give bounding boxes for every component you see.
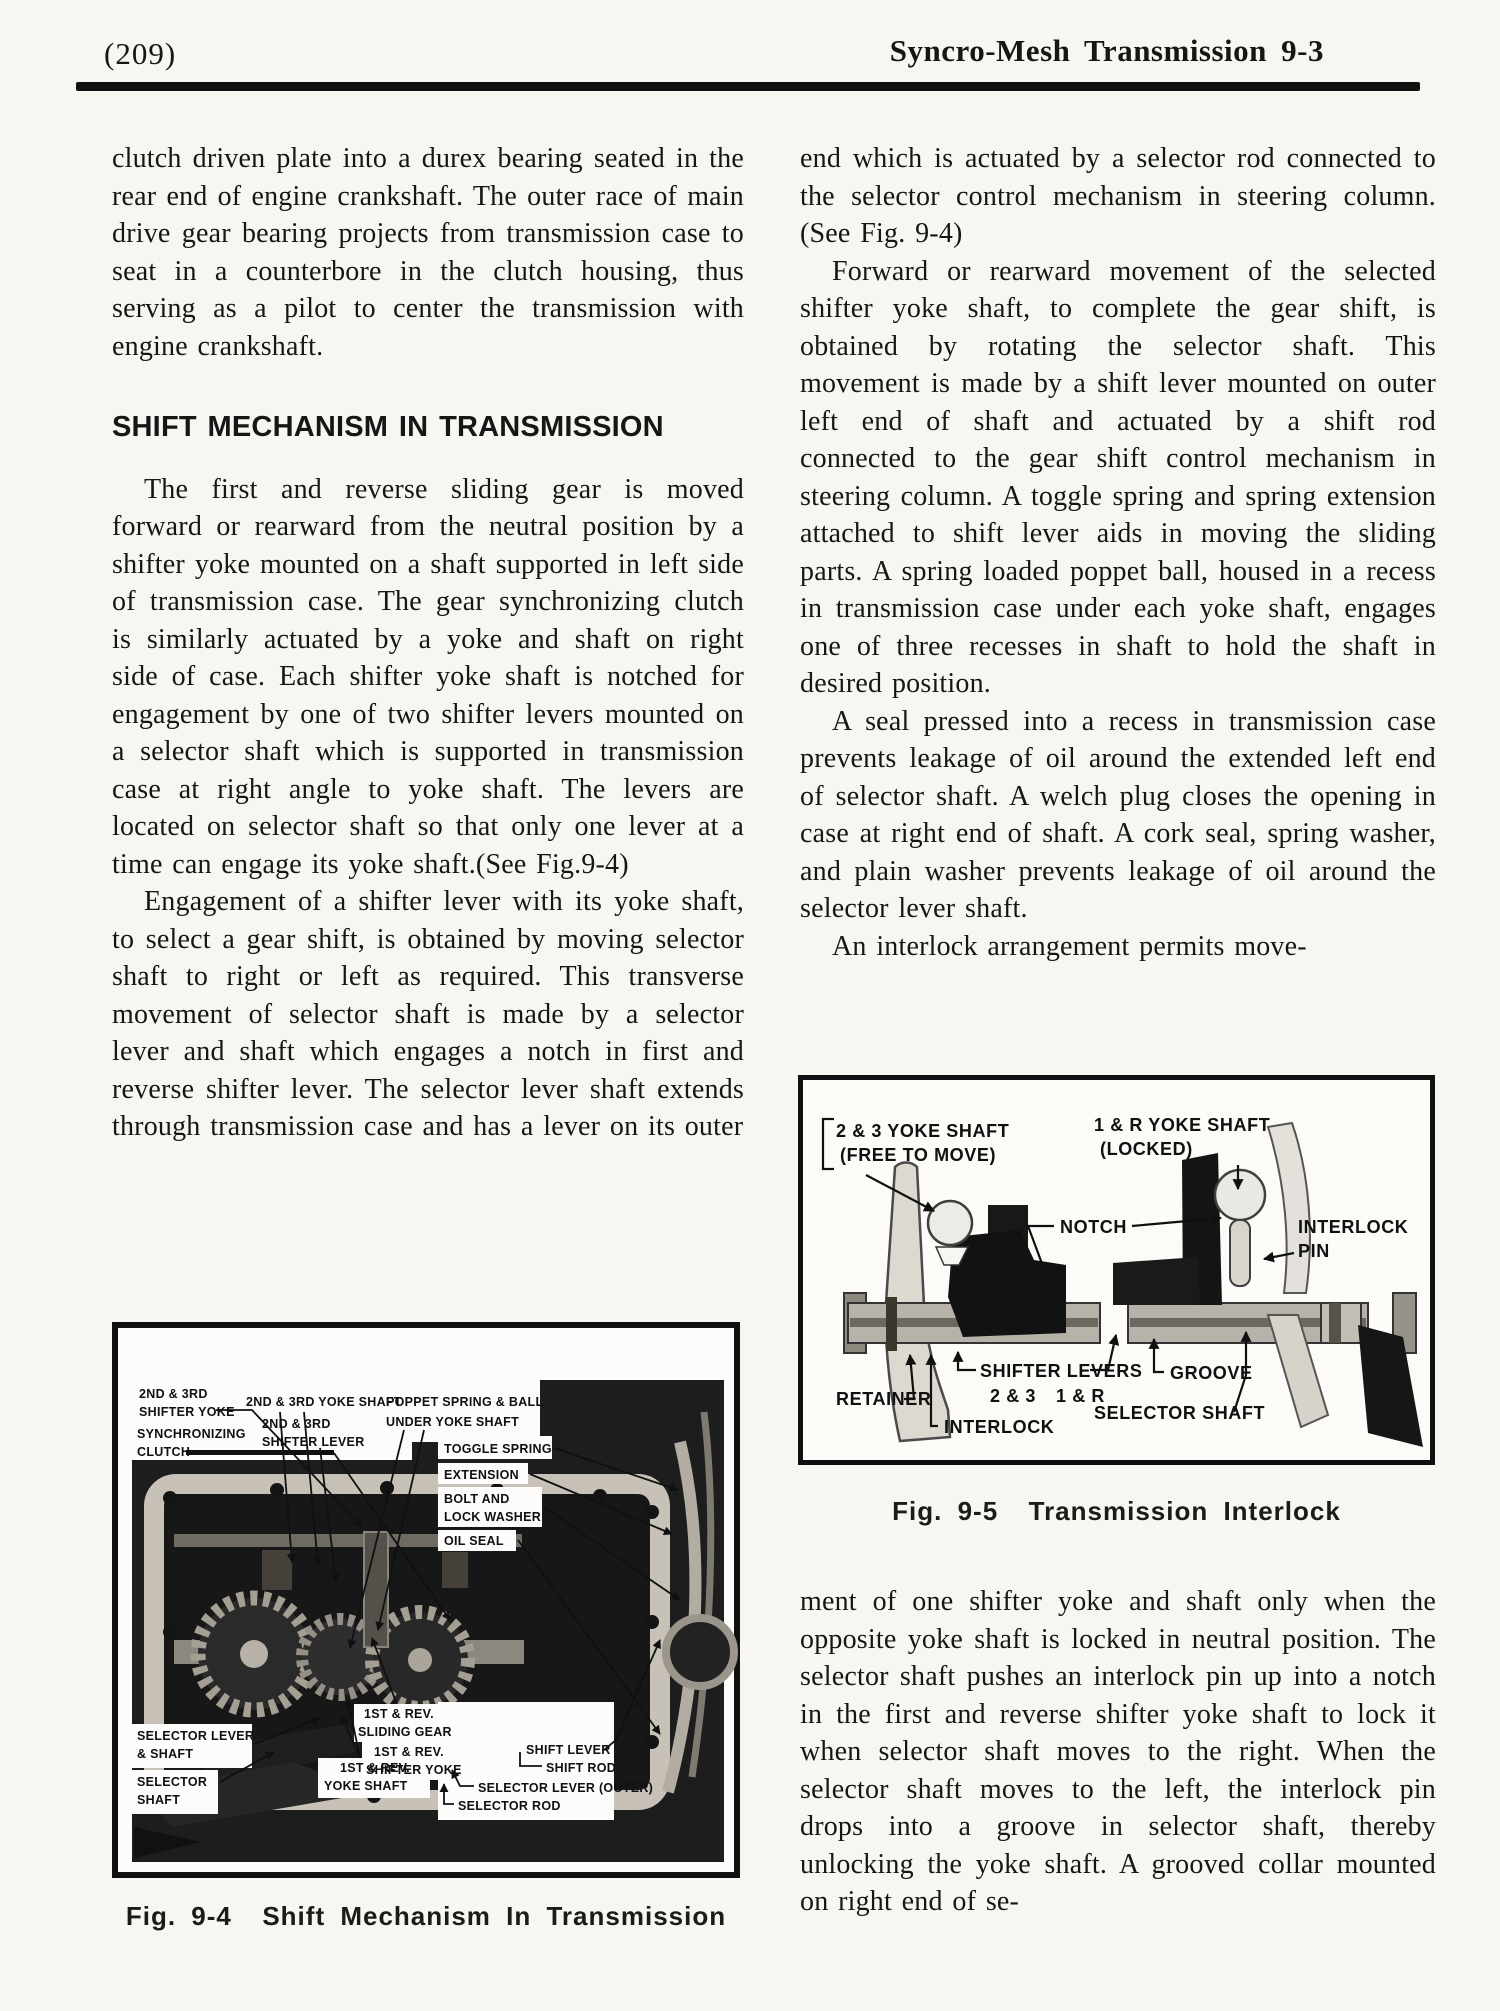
body-paragraph: Forward or rearward movement of the sele… bbox=[800, 253, 1436, 703]
label-interlock-pin: PIN bbox=[1298, 1241, 1330, 1261]
label-retainer: RETAINER bbox=[836, 1389, 931, 1409]
label-shifter-levers-2-3: 2 & 3 bbox=[990, 1386, 1036, 1406]
figure-9-4-photo: 2ND & 3RD SHIFTER YOKE SYNCHRONIZING CLU… bbox=[112, 1322, 740, 1878]
label-extension: EXTENSION bbox=[444, 1468, 519, 1482]
section-heading: SHIFT MECHANISM IN TRANSMISSION bbox=[112, 409, 744, 447]
label-selector-lever-shaft: SELECTOR LEVER bbox=[137, 1729, 254, 1743]
body-paragraph: The first and reverse sliding gear is mo… bbox=[112, 471, 744, 884]
body-paragraph: ment of one shifter yoke and shaft only … bbox=[800, 1583, 1436, 1921]
label-selector-lever-outer: SELECTOR LEVER (OUTER) bbox=[478, 1781, 653, 1795]
label-poppet-spring-ball: POPPET SPRING & BALL bbox=[386, 1395, 543, 1409]
label-bolt-and-lock-washer: LOCK WASHER bbox=[444, 1510, 541, 1524]
label-1st-rev-shifter-yoke: 1ST & REV. bbox=[374, 1745, 444, 1759]
label-selector-shaft: SELECTOR bbox=[137, 1775, 207, 1789]
label-notch: NOTCH bbox=[1060, 1217, 1127, 1237]
label-2nd-3rd-shifter-lever: 2ND & 3RD bbox=[262, 1417, 331, 1431]
label-1st-rev-sliding-gear: 1ST & REV. bbox=[364, 1707, 434, 1721]
label-toggle-spring: TOGGLE SPRING bbox=[444, 1442, 552, 1456]
header-rule bbox=[76, 82, 1420, 91]
figure-9-4-caption: Fig. 9-4 Shift Mechanism In Transmission bbox=[112, 1901, 740, 1932]
page-title: Syncro-Mesh Transmission 9-3 bbox=[890, 33, 1324, 69]
label-oil-seal: OIL SEAL bbox=[444, 1534, 504, 1548]
label-synchronizing-clutch: SYNCHRONIZING bbox=[137, 1427, 246, 1441]
label-selector-rod: SELECTOR ROD bbox=[458, 1799, 561, 1813]
label-1st-rev-yoke-shaft: YOKE SHAFT bbox=[324, 1779, 408, 1793]
label-bolt-and-lock-washer: BOLT AND bbox=[444, 1492, 510, 1506]
label-1st-rev-yoke-shaft: 1ST & REV. bbox=[340, 1761, 410, 1775]
page-number: (209) bbox=[104, 36, 176, 72]
label-locked: (LOCKED) bbox=[1100, 1139, 1193, 1159]
body-paragraph: clutch driven plate into a durex bearing… bbox=[112, 140, 744, 365]
label-free-to-move: (FREE TO MOVE) bbox=[840, 1145, 996, 1165]
label-shift-lever: SHIFT LEVER bbox=[526, 1743, 611, 1757]
label-synchronizing-clutch: CLUTCH bbox=[137, 1445, 190, 1459]
figure-9-4: 2ND & 3RD SHIFTER YOKE SYNCHRONIZING CLU… bbox=[112, 1322, 740, 1932]
label-poppet-spring-ball: UNDER YOKE SHAFT bbox=[386, 1415, 519, 1429]
label-selector-shaft: SELECTOR SHAFT bbox=[1094, 1403, 1265, 1423]
label-interlock: INTERLOCK bbox=[944, 1417, 1054, 1437]
label-2nd-3rd-shifter-yoke: SHIFTER YOKE bbox=[139, 1405, 235, 1419]
body-paragraph: Engagement of a shifter lever with its y… bbox=[112, 883, 744, 1146]
right-column-lower: ment of one shifter yoke and shaft only … bbox=[800, 1583, 1436, 1921]
label-interlock-pin: INTERLOCK bbox=[1298, 1217, 1408, 1237]
label-2-3-yoke-shaft: 2 & 3 YOKE SHAFT bbox=[836, 1121, 1009, 1141]
figure-9-5-caption: Fig. 9-5 Transmission Interlock bbox=[798, 1496, 1435, 1527]
figure-9-5: 2 & 3 YOKE SHAFT (FREE TO MOVE) 1 & R YO… bbox=[798, 1075, 1435, 1527]
label-selector-lever-shaft: & SHAFT bbox=[137, 1747, 193, 1761]
label-groove: GROOVE bbox=[1170, 1363, 1253, 1383]
right-column-upper: end which is actuated by a selector rod … bbox=[800, 140, 1436, 965]
label-1st-rev-sliding-gear: SLIDING GEAR bbox=[358, 1725, 452, 1739]
label-selector-shaft: SHAFT bbox=[137, 1793, 180, 1807]
body-paragraph: end which is actuated by a selector rod … bbox=[800, 140, 1436, 253]
body-paragraph: An interlock arrangement permits move- bbox=[800, 928, 1436, 966]
left-column: clutch driven plate into a durex bearing… bbox=[112, 140, 744, 1146]
label-2nd-3rd-yoke-shaft: 2ND & 3RD YOKE SHAFT bbox=[246, 1395, 402, 1409]
figure-9-5-diagram: 2 & 3 YOKE SHAFT (FREE TO MOVE) 1 & R YO… bbox=[798, 1075, 1435, 1465]
label-shifter-levers: SHIFTER LEVERS bbox=[980, 1361, 1142, 1381]
label-shift-rod: SHIFT ROD bbox=[546, 1761, 616, 1775]
body-paragraph: A seal pressed into a recess in transmis… bbox=[800, 703, 1436, 928]
label-1-r-yoke-shaft: 1 & R YOKE SHAFT bbox=[1094, 1115, 1270, 1135]
manual-page-scan: (209) Syncro-Mesh Transmission 9-3 clutc… bbox=[0, 0, 1500, 2011]
label-2nd-3rd-shifter-yoke: 2ND & 3RD bbox=[139, 1387, 208, 1401]
label-2nd-3rd-shifter-lever: SHIFTER LEVER bbox=[262, 1435, 365, 1449]
